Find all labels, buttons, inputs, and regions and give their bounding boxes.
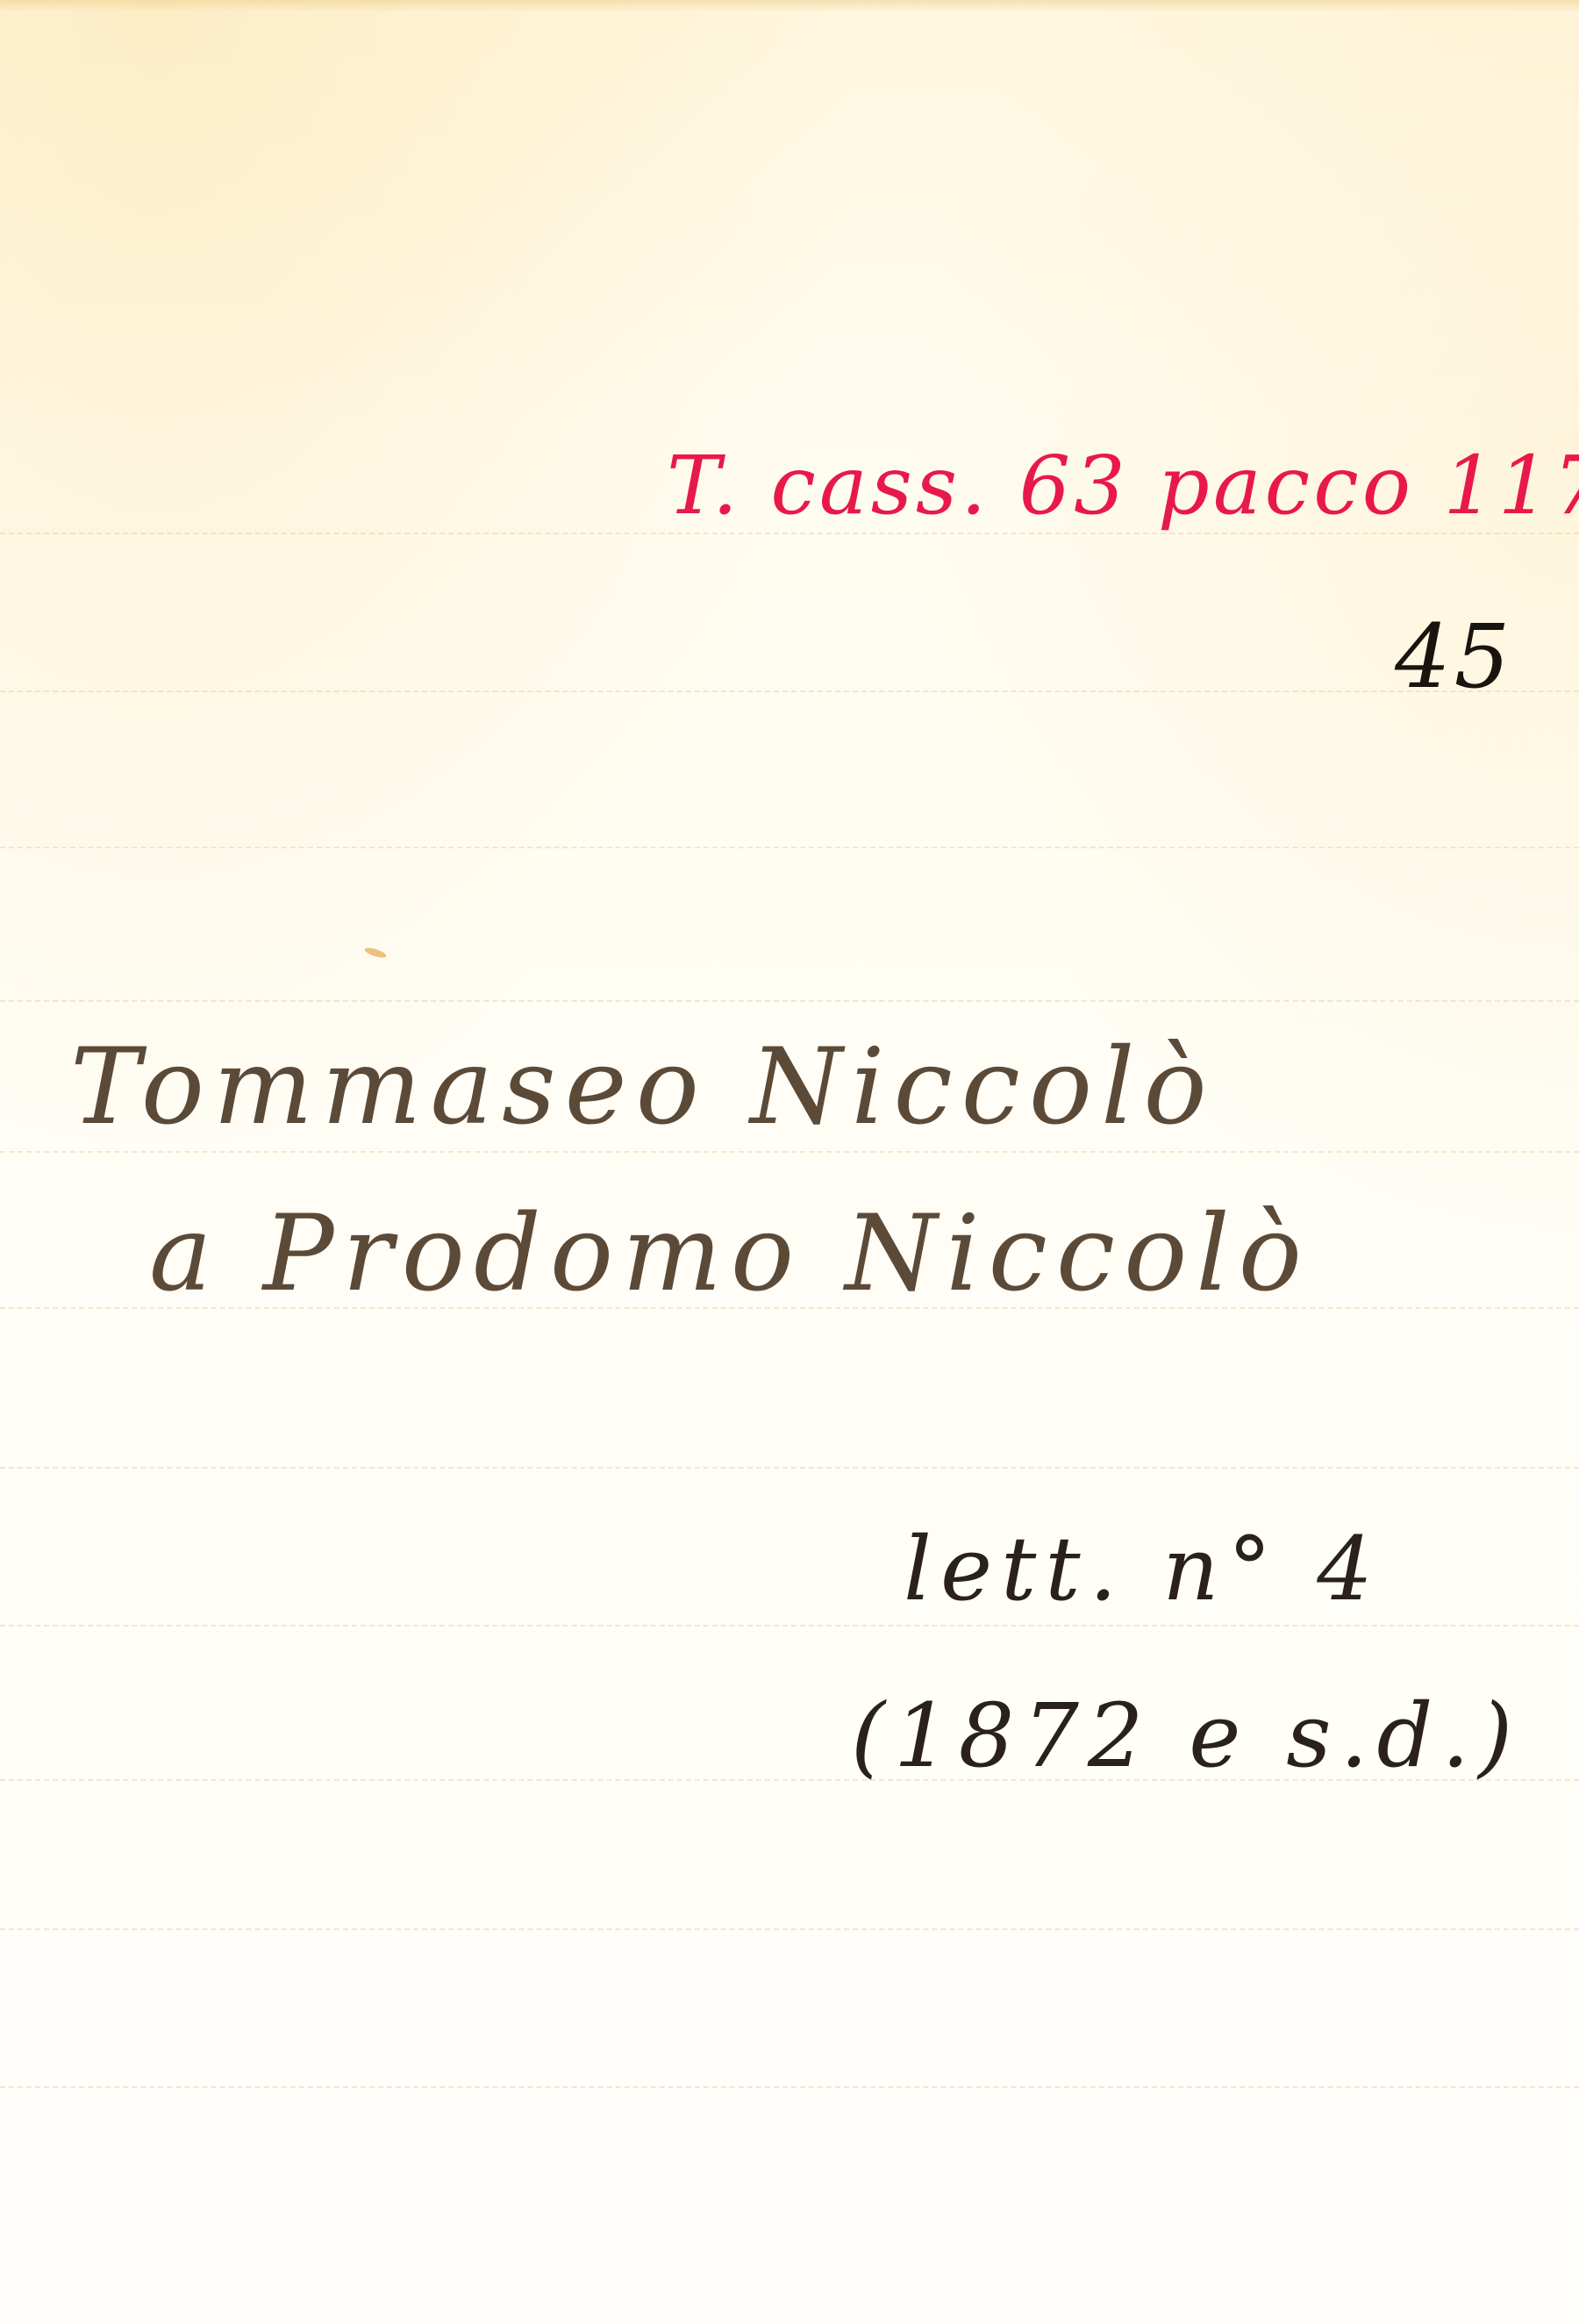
letter-count: lett. n° 4	[904, 1518, 1382, 1620]
ink-stain	[363, 946, 387, 960]
ruled-line	[0, 847, 1579, 848]
date-range: (1872 e s.d.)	[851, 1684, 1521, 1787]
recipient-name: a Prodomo Niccolò	[149, 1193, 1311, 1315]
ruled-line	[0, 1467, 1579, 1469]
ruled-line	[0, 2086, 1579, 2088]
sender-name: Tommaseo Niccolò	[70, 1026, 1216, 1148]
folder-number: 45	[1395, 605, 1513, 708]
ruled-line	[0, 1928, 1579, 1930]
shelfmark-line: T. cass. 63 pacco 117	[667, 439, 1579, 533]
ruled-line	[0, 1151, 1579, 1153]
ruled-line	[0, 690, 1579, 692]
archival-index-card: T. cass. 63 pacco 117 45 Tommaseo Niccol…	[0, 0, 1579, 2324]
ruled-line	[0, 1000, 1579, 1002]
card-top-edge	[0, 0, 1579, 12]
ruled-line	[0, 533, 1579, 534]
ruled-line	[0, 1625, 1579, 1627]
